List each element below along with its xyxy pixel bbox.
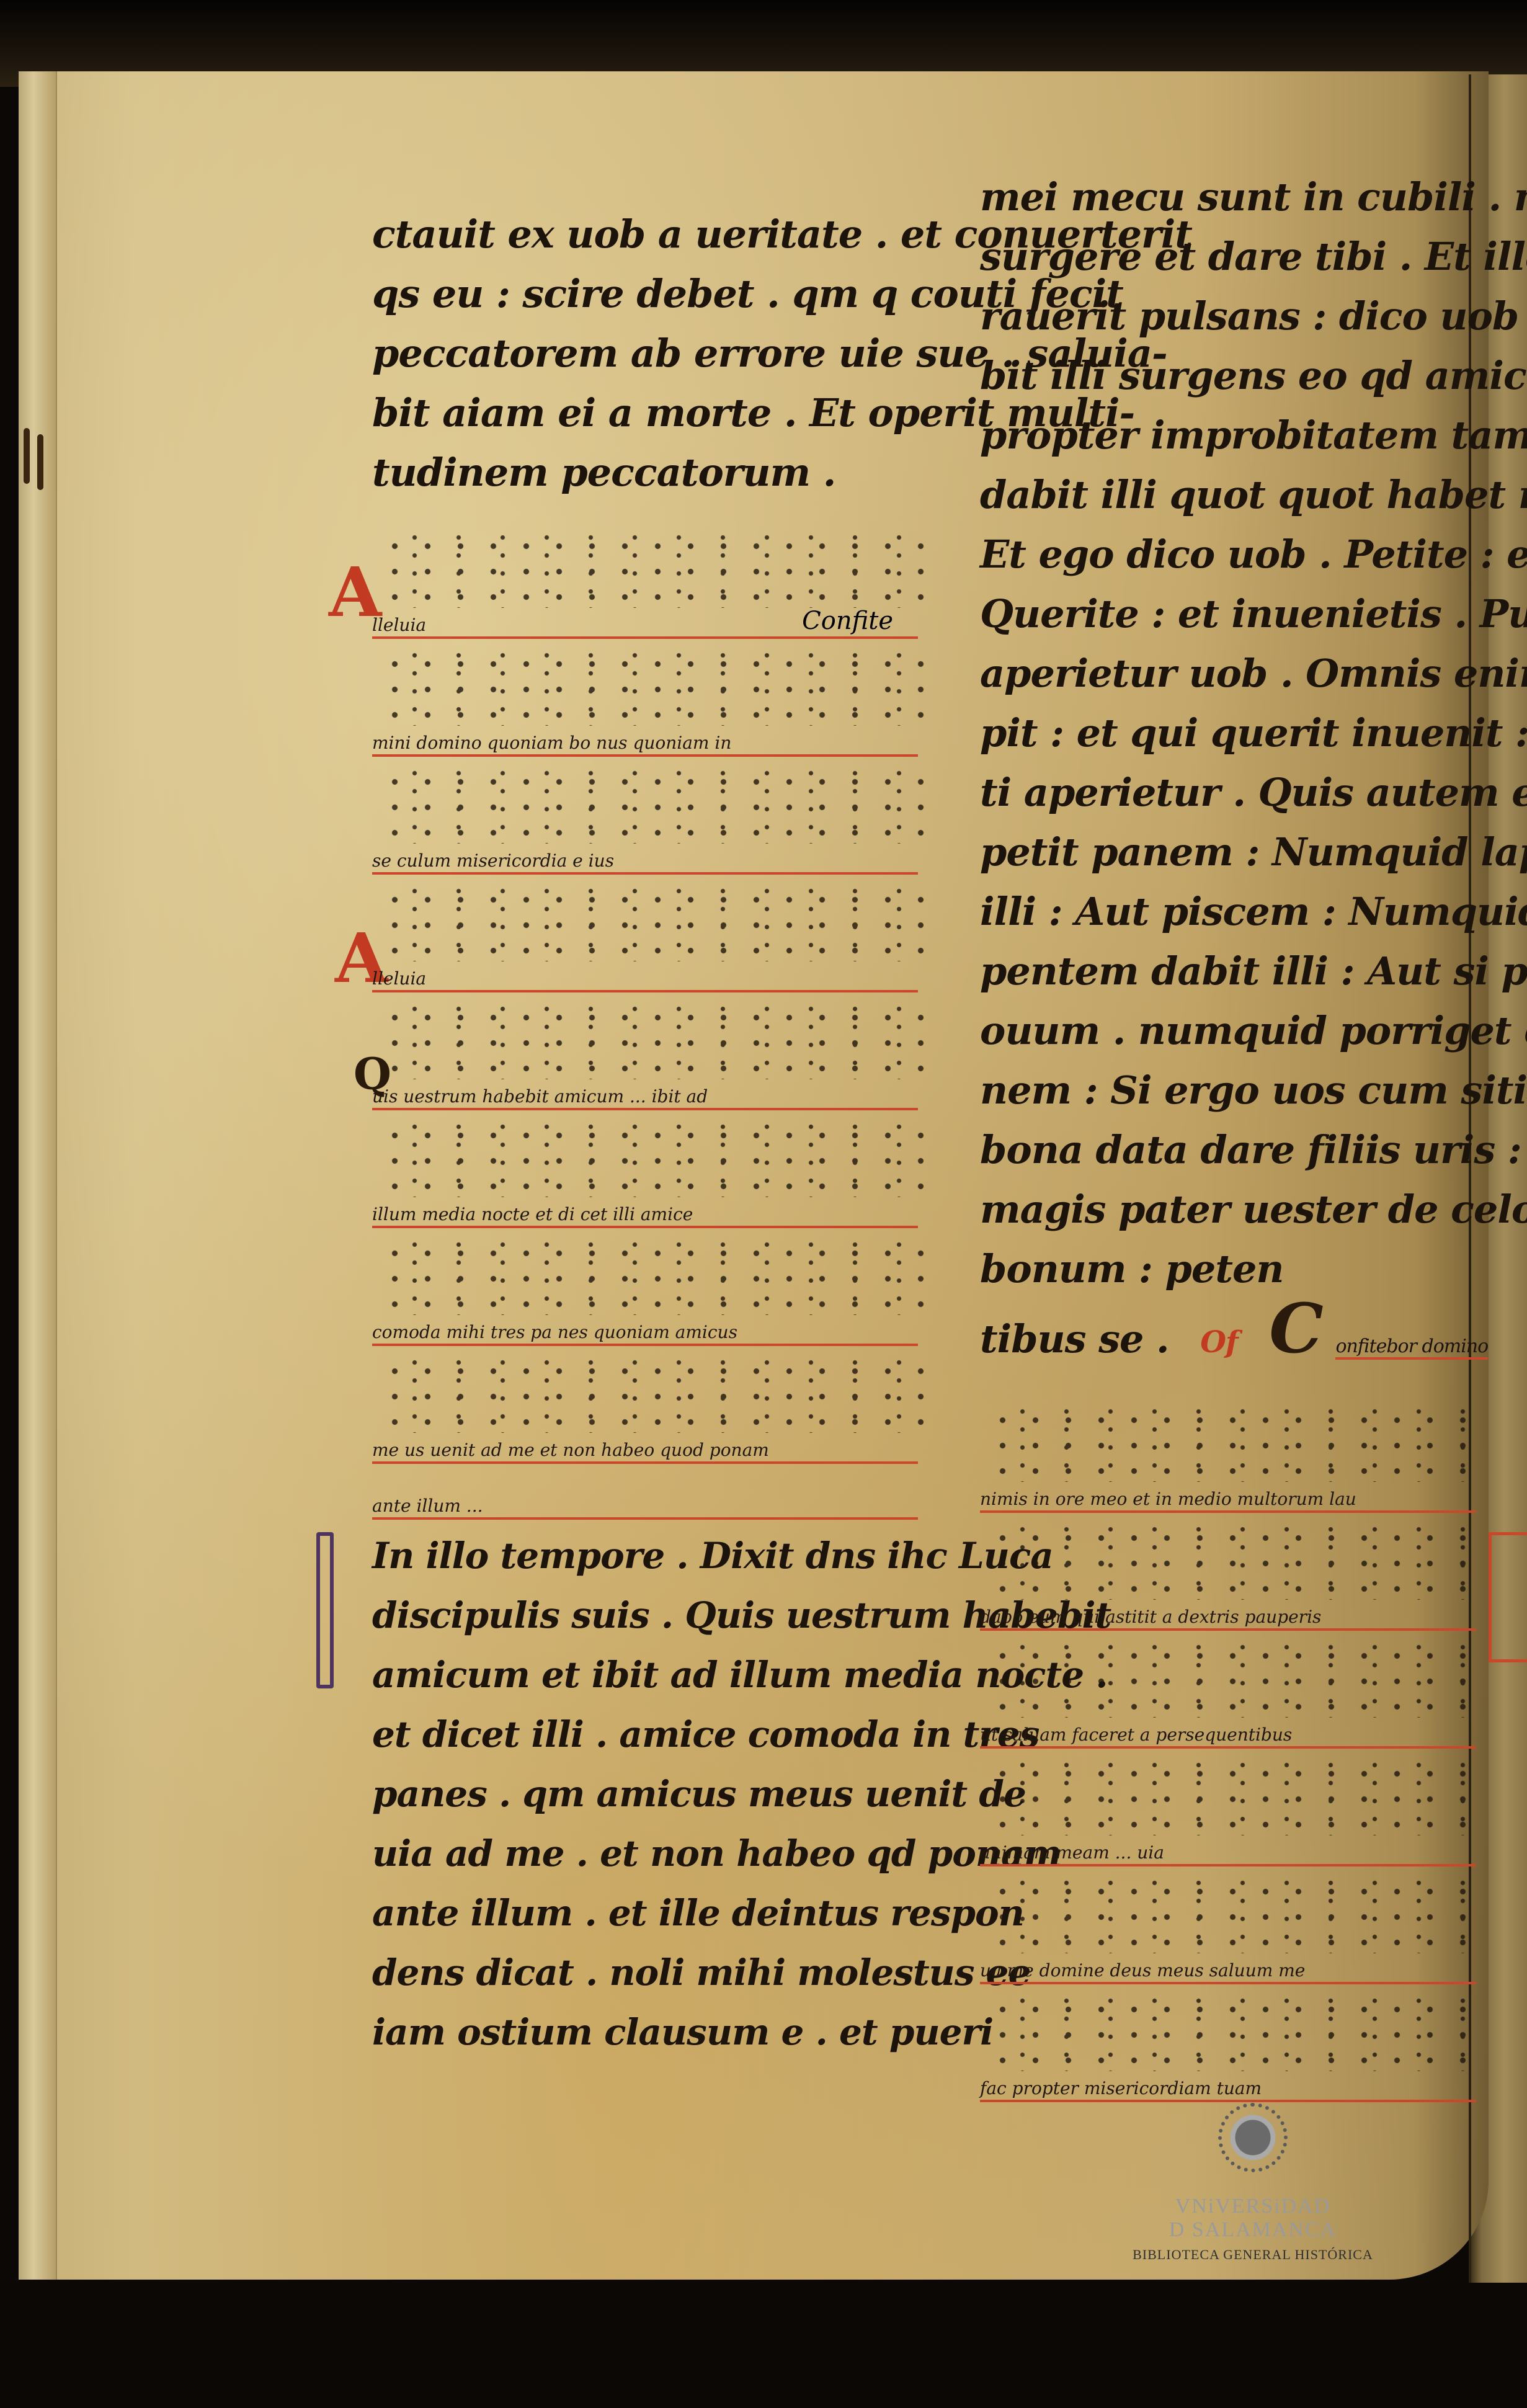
- chant-block: ante illum ...: [372, 1470, 918, 1526]
- chant-lyric: me us uenit ad me et non habeo quod pona…: [372, 1440, 918, 1464]
- neumes: [986, 1755, 1482, 1835]
- text-line: Et ego dico uob . Petite : et accipietis…: [980, 525, 1476, 584]
- library-watermark: VNiVERSiDAD D SALAMANCA BIBLIOTECA GENER…: [1116, 2103, 1389, 2263]
- gospel-section: In illo tempore . Dixit dns ihc Luca dis…: [372, 1526, 918, 2062]
- text-line: surgere et dare tibi . Et ille si perseu…: [980, 227, 1476, 287]
- chant-lyric: mini domino quoniam bo nus quoniam in: [372, 733, 918, 757]
- neumes: [986, 1519, 1482, 1600]
- text-line: nem : Si ergo uos cum sitis mali nostis: [980, 1061, 1476, 1120]
- neumes: [378, 881, 924, 961]
- text-line: Querite : et inuenietis . Pulsate :: [980, 584, 1476, 644]
- text-line: pit : et qui querit inuenit : et pulsan: [980, 703, 1476, 763]
- next-page-red-initial-frame: [1489, 1532, 1527, 1662]
- text-line: rauerit pulsans : dico uob . et si non d…: [980, 287, 1476, 346]
- chant-block: comoda mihi tres pa nes quoniam amicus: [372, 1234, 918, 1352]
- chant-lyric: ua me domine deus meus saluum me: [980, 1960, 1476, 1984]
- offertory-lyric: onfitebor domino: [1335, 1336, 1488, 1360]
- text-line: illi : Aut piscem : Numquid pro pisce se…: [980, 882, 1476, 942]
- chant-block: A lleluia Confite: [372, 527, 918, 645]
- text-fragment: tibus se .: [980, 1316, 1169, 1362]
- chant-lyric: ut saluam faceret a persequentibus: [980, 1724, 1476, 1749]
- offertory-initial: C: [1269, 1288, 1323, 1368]
- chant-lyric: illum media nocte et di cet illi amice: [372, 1204, 918, 1228]
- text-line: uia ad me . et non habeo qd ponam: [372, 1824, 918, 1883]
- neumes: [986, 1991, 1482, 2071]
- chant-lyric: lleluia: [372, 968, 918, 992]
- neumes: [378, 1117, 924, 1197]
- neumes: [378, 645, 924, 726]
- initial-i-violet: [316, 1532, 334, 1688]
- text-line: dabit illi quot quot habet necessarios .: [980, 465, 1476, 525]
- margin-marks: [24, 428, 42, 502]
- text-line: discipulis suis . Quis uestrum habebit: [372, 1585, 918, 1645]
- text-line: In illo tempore . Dixit dns ihc Luca: [372, 1526, 918, 1585]
- chant-lyric: ante illum ...: [372, 1496, 918, 1520]
- neumes: [378, 1234, 924, 1315]
- watermark-library: BIBLIOTECA GENERAL HISTÓRICA: [1116, 2247, 1389, 2263]
- neumes: [986, 1873, 1482, 1953]
- text-line: petit panem : Numquid lapidem dabit: [980, 823, 1476, 882]
- chant-lyric: uis uestrum habebit amicum ... ibit ad: [372, 1086, 918, 1110]
- text-line: qs eu : scire debet . qm q couti fecit: [372, 264, 918, 324]
- neumes: [378, 763, 924, 844]
- chant-block: ut saluam faceret a persequentibus: [980, 1637, 1476, 1755]
- text-line: tibus se . Of C onfitebor domino: [980, 1299, 1476, 1376]
- text-line: bona data dare filiis uris : quanto: [980, 1120, 1476, 1180]
- offertory-rubric: Of: [1200, 1325, 1237, 1360]
- chant-block: me us uenit ad me et non habeo quod pona…: [372, 1352, 918, 1470]
- text-line: ouum . numquid porriget ei scorpio: [980, 1001, 1476, 1061]
- chant-block: Q uis uestrum habebit amicum ... ibit ad: [372, 999, 918, 1117]
- watermark-university: VNiVERSiDAD: [1116, 2195, 1389, 2218]
- watermark-city: D SALAMANCA: [1116, 2218, 1389, 2242]
- text-line: bit aiam ei a morte . Et operit multi-: [372, 383, 918, 443]
- chant-block: A lleluia: [372, 881, 918, 999]
- chant-block: ua me domine deus meus saluum me: [980, 1873, 1476, 1991]
- text-line: ti aperietur . Quis autem ex uob patrem: [980, 763, 1476, 823]
- chant-block: illum media nocte et di cet illi amice: [372, 1117, 918, 1234]
- text-line: mei mecu sunt in cubili . non possum: [980, 167, 1476, 227]
- text-line: tudinem peccatorum .: [372, 443, 918, 502]
- text-line: ante illum . et ille deintus respon: [372, 1883, 918, 1943]
- left-column: ctauit ex uob a ueritate . et conuerteri…: [372, 205, 918, 2062]
- chant-lyric: fac propter misericordiam tuam: [980, 2078, 1476, 2102]
- text-line: dens dicat . noli mihi molestus ee: [372, 1943, 918, 2002]
- text-line: bonum : peten: [980, 1239, 1476, 1299]
- chant-block: mini domino quoniam bo nus quoniam in: [372, 645, 918, 763]
- neumes: [378, 527, 924, 608]
- neumes: [378, 999, 924, 1079]
- text-line: ctauit ex uob a ueritate . et conuerteri…: [372, 205, 918, 264]
- chant-block: nimis in ore meo et in medio multorum la…: [980, 1401, 1476, 1519]
- text-line: pentem dabit illi : Aut si petierit: [980, 942, 1476, 1001]
- chant-block: fac propter misericordiam tuam: [980, 1991, 1476, 2108]
- text-line: bit illi surgens eo qd amicus eius sit .: [980, 346, 1476, 406]
- chant-incipit: Confite: [802, 607, 893, 635]
- text-line: peccatorem ab errore uie sue . saluia-: [372, 324, 918, 383]
- university-seal-icon: [1218, 2103, 1288, 2172]
- chant-block: animam meam ... uia: [980, 1755, 1476, 1873]
- text-line: aperietur uob . Omnis enim qui petit acc…: [980, 644, 1476, 703]
- text-line: et dicet illi . amice comoda in tres: [372, 1705, 918, 1764]
- text-line: amicum et ibit ad illum media nocte .: [372, 1645, 918, 1705]
- chant-lyric: animam meam ... uia: [980, 1842, 1476, 1866]
- chant-lyric: se culum misericordia e ius: [372, 850, 918, 875]
- chant-lyric: comoda mihi tres pa nes quoniam amicus: [372, 1322, 918, 1346]
- neumes: [986, 1401, 1482, 1482]
- neumes: [986, 1637, 1482, 1718]
- chant-lyric: dabo eum qui astitit a dextris pauperis: [980, 1607, 1476, 1631]
- text-line: magis pater uester de celo dabit spm: [980, 1180, 1476, 1239]
- text-line: propter improbitatem tamen eius surget .…: [980, 406, 1476, 465]
- chant-lyric: nimis in ore meo et in medio multorum la…: [980, 1489, 1476, 1513]
- neumes: [378, 1352, 924, 1433]
- chant-block: se culum misericordia e ius: [372, 763, 918, 881]
- text-line: iam ostium clausum e . et pueri: [372, 2002, 918, 2062]
- bottom-background: [0, 2283, 1527, 2408]
- right-column: mei mecu sunt in cubili . non possum sur…: [980, 167, 1476, 2108]
- text-line: panes . qm amicus meus uenit de: [372, 1764, 918, 1824]
- chant-block: dabo eum qui astitit a dextris pauperis: [980, 1519, 1476, 1637]
- gutter-fold: [19, 71, 57, 2280]
